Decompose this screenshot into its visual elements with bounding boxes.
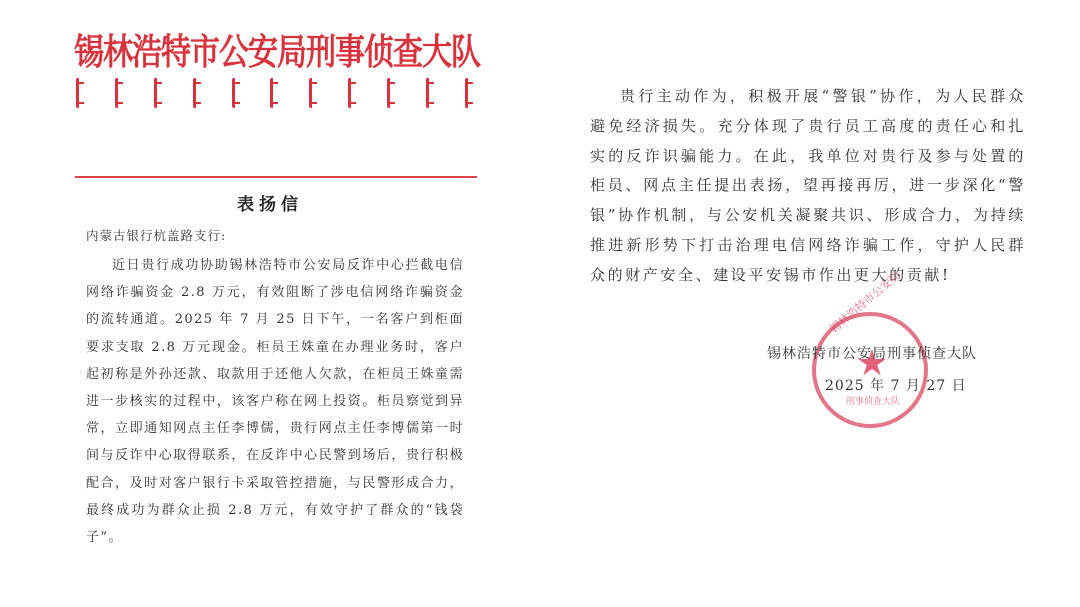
body-paragraph-2: 贵行主动作为，积极开展“警银”协作，为人民群众避免经济损失。充分体现了贵行员工高… <box>590 82 1026 291</box>
mongolian-glyph <box>193 78 204 108</box>
document-title: 表扬信 <box>0 190 540 215</box>
mongolian-glyph <box>270 78 281 108</box>
mongolian-glyph <box>232 78 243 108</box>
signature-date: 2025 年 7 月 27 日 <box>825 375 967 395</box>
letterhead-divider <box>75 176 477 178</box>
body-paragraph-1: 近日贵行成功协助锡林浩特市公安局反诈中心拦截电信网络诈骗资金 2.8 万元，有效… <box>86 252 464 551</box>
seal-bottom-text: 刑事侦查大队 <box>846 394 900 407</box>
signature-org: 锡林浩特市公安局刑事侦查大队 <box>767 343 977 363</box>
mongolian-glyph <box>426 78 437 108</box>
official-seal: 锡林浩特市公安局 ★ 刑事侦查大队 <box>812 312 928 428</box>
mongolian-glyph <box>387 78 398 108</box>
mongolian-glyph <box>465 78 476 108</box>
letterhead-org-name: 锡林浩特市公安局刑事侦查大队 <box>74 22 474 75</box>
mongolian-glyph <box>76 78 87 108</box>
mongolian-glyph <box>115 78 126 108</box>
mongolian-glyph <box>309 78 320 108</box>
letterhead-mongolian-script <box>76 78 476 108</box>
mongolian-glyph <box>154 78 165 108</box>
mongolian-glyph <box>348 78 359 108</box>
salutation: 内蒙古银行杭盖路支行: <box>86 226 226 244</box>
letter-page-left: 锡林浩特市公安局刑事侦查大队 表扬信 内蒙古银行杭盖路支行: 近日贵行成功协助锡… <box>0 0 540 607</box>
